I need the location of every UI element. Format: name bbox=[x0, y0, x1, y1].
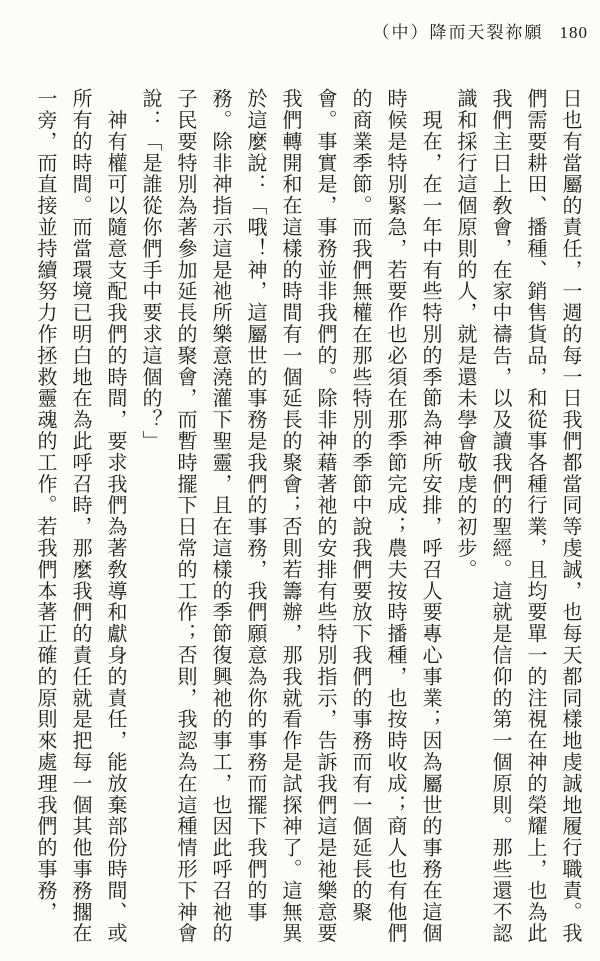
page-number: 180 bbox=[560, 23, 589, 43]
book-page: （中）降而天裂祢願 180 日也有當屬的責任，一週的每一日我們都當同等虔誠，也每… bbox=[0, 0, 600, 961]
running-title: （中）降而天裂祢願 bbox=[373, 18, 544, 43]
paragraph-3: 神有權可以隨意支配我們的時間，要求我們為著敎導和獻身的責任，能放棄部份時間、或所… bbox=[27, 88, 132, 946]
page-header: （中）降而天裂祢願 180 bbox=[373, 18, 589, 43]
paragraph-1: 日也有當屬的責任，一週的每一日我們都當同等虔誠，也每天都同樣地虔誠地履行職責。我… bbox=[447, 88, 587, 946]
paragraph-2: 現在，在一年中有些特別的季節為神所安排，呼召人要專心事業；因為屬世的事務在這個時… bbox=[132, 88, 447, 946]
vertical-text-block: 日也有當屬的責任，一週的每一日我們都當同等虔誠，也每天都同樣地虔誠地履行職責。我… bbox=[21, 88, 587, 946]
